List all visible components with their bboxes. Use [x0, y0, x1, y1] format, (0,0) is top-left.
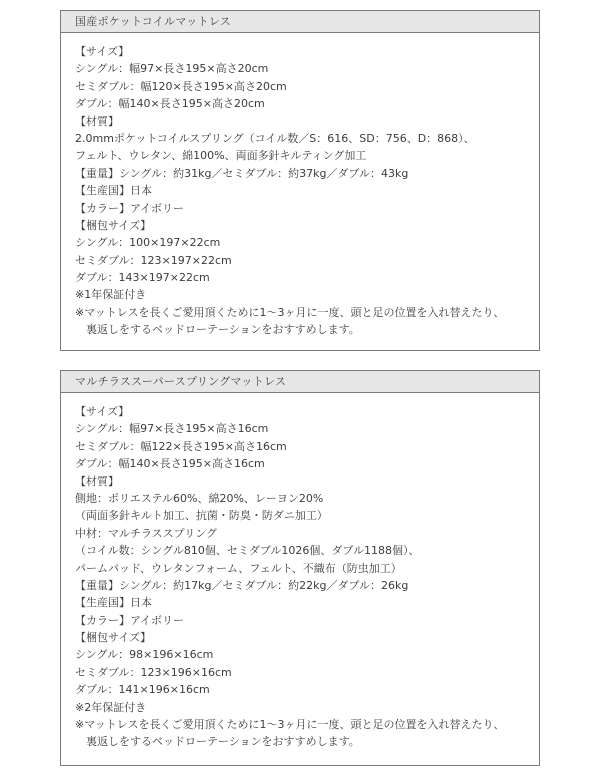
- spec-line: ダブル：143×197×22cm: [75, 269, 539, 286]
- spec-line: 中材：マルチラススプリング: [75, 525, 539, 542]
- spec-line: シングル：100×197×22cm: [75, 234, 539, 251]
- spec-line: ※1年保証付き: [75, 286, 539, 303]
- spec-line: 裏返しをするベッドローテーションをおすすめします。: [75, 321, 539, 338]
- spec-box-pocket-coil: 国産ポケットコイルマットレス 【サイズ】 シングル：幅97×長さ195×高さ20…: [60, 10, 540, 351]
- spec-box-title: マルチラススーパースプリングマットレス: [61, 371, 539, 393]
- spec-box-body: 【サイズ】 シングル：幅97×長さ195×高さ16cm セミダブル：幅122×長…: [61, 393, 539, 751]
- spec-line: シングル：98×196×16cm: [75, 646, 539, 663]
- spec-box-title: 国産ポケットコイルマットレス: [61, 11, 539, 33]
- spec-line: ※2年保証付き: [75, 699, 539, 716]
- spec-line: セミダブル：幅120×長さ195×高さ20cm: [75, 78, 539, 95]
- spec-box-body: 【サイズ】 シングル：幅97×長さ195×高さ20cm セミダブル：幅120×長…: [61, 33, 539, 339]
- spec-line: 【サイズ】: [75, 403, 539, 420]
- spec-line: フェルト、ウレタン、綿100%、両面多針キルティング加工: [75, 147, 539, 164]
- spec-line: 側地：ポリエステル60%、綿20%、レーヨン20%: [75, 490, 539, 507]
- spec-line: セミダブル：幅122×長さ195×高さ16cm: [75, 438, 539, 455]
- spec-line: 【材質】: [75, 473, 539, 490]
- spec-line: 【重量】シングル：約17kg／セミダブル：約22kg／ダブル：26kg: [75, 577, 539, 594]
- spec-line: 【材質】: [75, 113, 539, 130]
- spec-line: シングル：幅97×長さ195×高さ16cm: [75, 420, 539, 437]
- spec-line: セミダブル：123×197×22cm: [75, 252, 539, 269]
- spec-line: （コイル数：シングル810個、セミダブル1026個、ダブル1188個）、: [75, 542, 539, 559]
- spec-line: （両面多針キルト加工、抗菌・防臭・防ダニ加工）: [75, 507, 539, 524]
- spec-line: 裏返しをするベッドローテーションをおすすめします。: [75, 733, 539, 750]
- spec-line: ダブル：幅140×長さ195×高さ16cm: [75, 455, 539, 472]
- spec-line: 2.0mmポケットコイルスプリング（コイル数／S：616、SD：756、D：86…: [75, 130, 539, 147]
- spec-line: 【重量】シングル：約31kg／セミダブル：約37kg／ダブル：43kg: [75, 165, 539, 182]
- spec-line: 【梱包サイズ】: [75, 629, 539, 646]
- spec-line: 【サイズ】: [75, 43, 539, 60]
- spec-line: 【生産国】日本: [75, 182, 539, 199]
- spec-line: ダブル：幅140×長さ195×高さ20cm: [75, 95, 539, 112]
- spec-line: パームパッド、ウレタンフォーム、フェルト、不織布（防虫加工）: [75, 560, 539, 577]
- spec-box-multilas-spring: マルチラススーパースプリングマットレス 【サイズ】 シングル：幅97×長さ195…: [60, 370, 540, 766]
- spec-line: ※マットレスを長くご愛用頂くために1～3ヶ月に一度、頭と足の位置を入れ替えたり、: [75, 716, 539, 733]
- spec-line: ※マットレスを長くご愛用頂くために1～3ヶ月に一度、頭と足の位置を入れ替えたり、: [75, 304, 539, 321]
- spec-line: 【カラー】アイボリー: [75, 200, 539, 217]
- spec-line: 【生産国】日本: [75, 594, 539, 611]
- spec-line: 【カラー】アイボリー: [75, 612, 539, 629]
- spec-line: 【梱包サイズ】: [75, 217, 539, 234]
- spec-line: ダブル：141×196×16cm: [75, 681, 539, 698]
- spec-line: セミダブル：123×196×16cm: [75, 664, 539, 681]
- spec-line: シングル：幅97×長さ195×高さ20cm: [75, 60, 539, 77]
